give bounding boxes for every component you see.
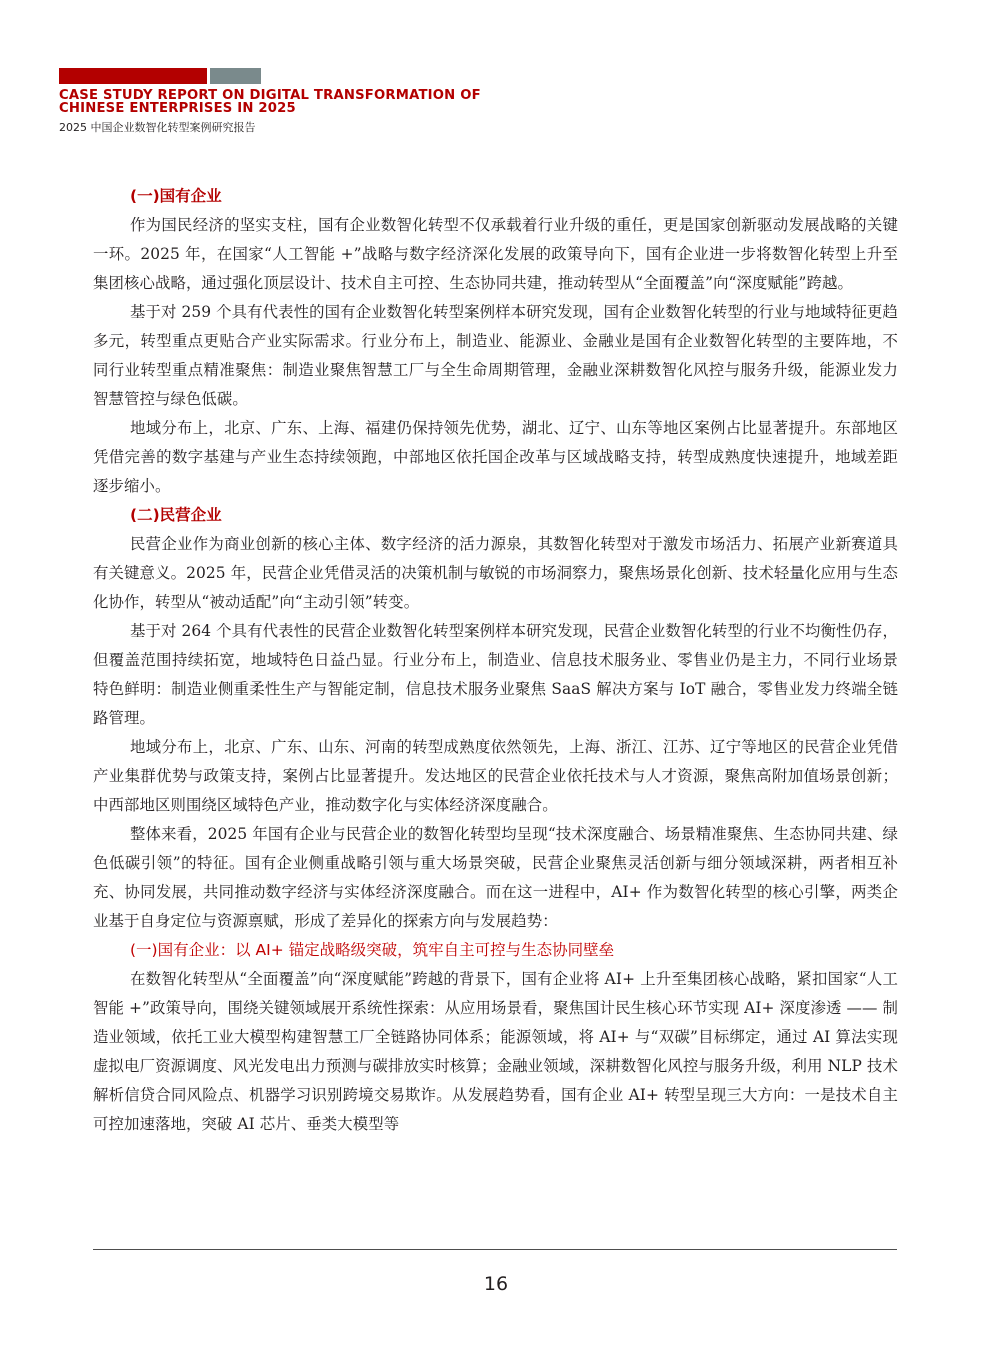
page-body: (一)国有企业 作为国民经济的坚实支柱，国有企业数智化转型不仅承载着行业升级的重… <box>93 182 898 1139</box>
section-heading-soe: (一)国有企业 <box>93 182 898 211</box>
paragraph: 在数智化转型从“全面覆盖”向“深度赋能”跨越的背景下，国有企业将 AI+ 上升至… <box>93 965 898 1139</box>
report-title-line-2: CHINESE ENTERPRISES IN 2025 <box>59 102 579 115</box>
paragraph: 基于对 259 个具有代表性的国有企业数智化转型案例样本研究发现，国有企业数智化… <box>93 298 898 414</box>
paragraph: 整体来看，2025 年国有企业与民营企业的数智化转型均呈现“技术深度融合、场景精… <box>93 820 898 936</box>
paragraph: 作为国民经济的坚实支柱，国有企业数智化转型不仅承载着行业升级的重任，更是国家创新… <box>93 211 898 298</box>
paragraph: 地域分布上，北京、广东、上海、福建仍保持领先优势，湖北、辽宁、山东等地区案例占比… <box>93 414 898 501</box>
paragraph: 地域分布上，北京、广东、山东、河南的转型成熟度依然领先，上海、浙江、江苏、辽宁等… <box>93 733 898 820</box>
section-heading-private: (二)民营企业 <box>93 501 898 530</box>
header-accent-bar-red <box>59 68 207 84</box>
paragraph: 基于对 264 个具有代表性的民营企业数智化转型案例样本研究发现，民营企业数智化… <box>93 617 898 733</box>
header-accent-bar-gray <box>210 68 261 84</box>
report-title-english: CASE STUDY REPORT ON DIGITAL TRANSFORMAT… <box>59 89 579 115</box>
page-number: 16 <box>0 1273 992 1295</box>
paragraph: 民营企业作为商业创新的核心主体、数字经济的活力源泉，其数智化转型对于激发市场活力… <box>93 530 898 617</box>
footer-divider <box>93 1249 897 1250</box>
subsection-heading-soe-ai: (一)国有企业：以 AI+ 锚定战略级突破，筑牢自主可控与生态协同壁垒 <box>93 936 898 965</box>
report-title-chinese: 2025 中国企业数智化转型案例研究报告 <box>59 121 256 134</box>
